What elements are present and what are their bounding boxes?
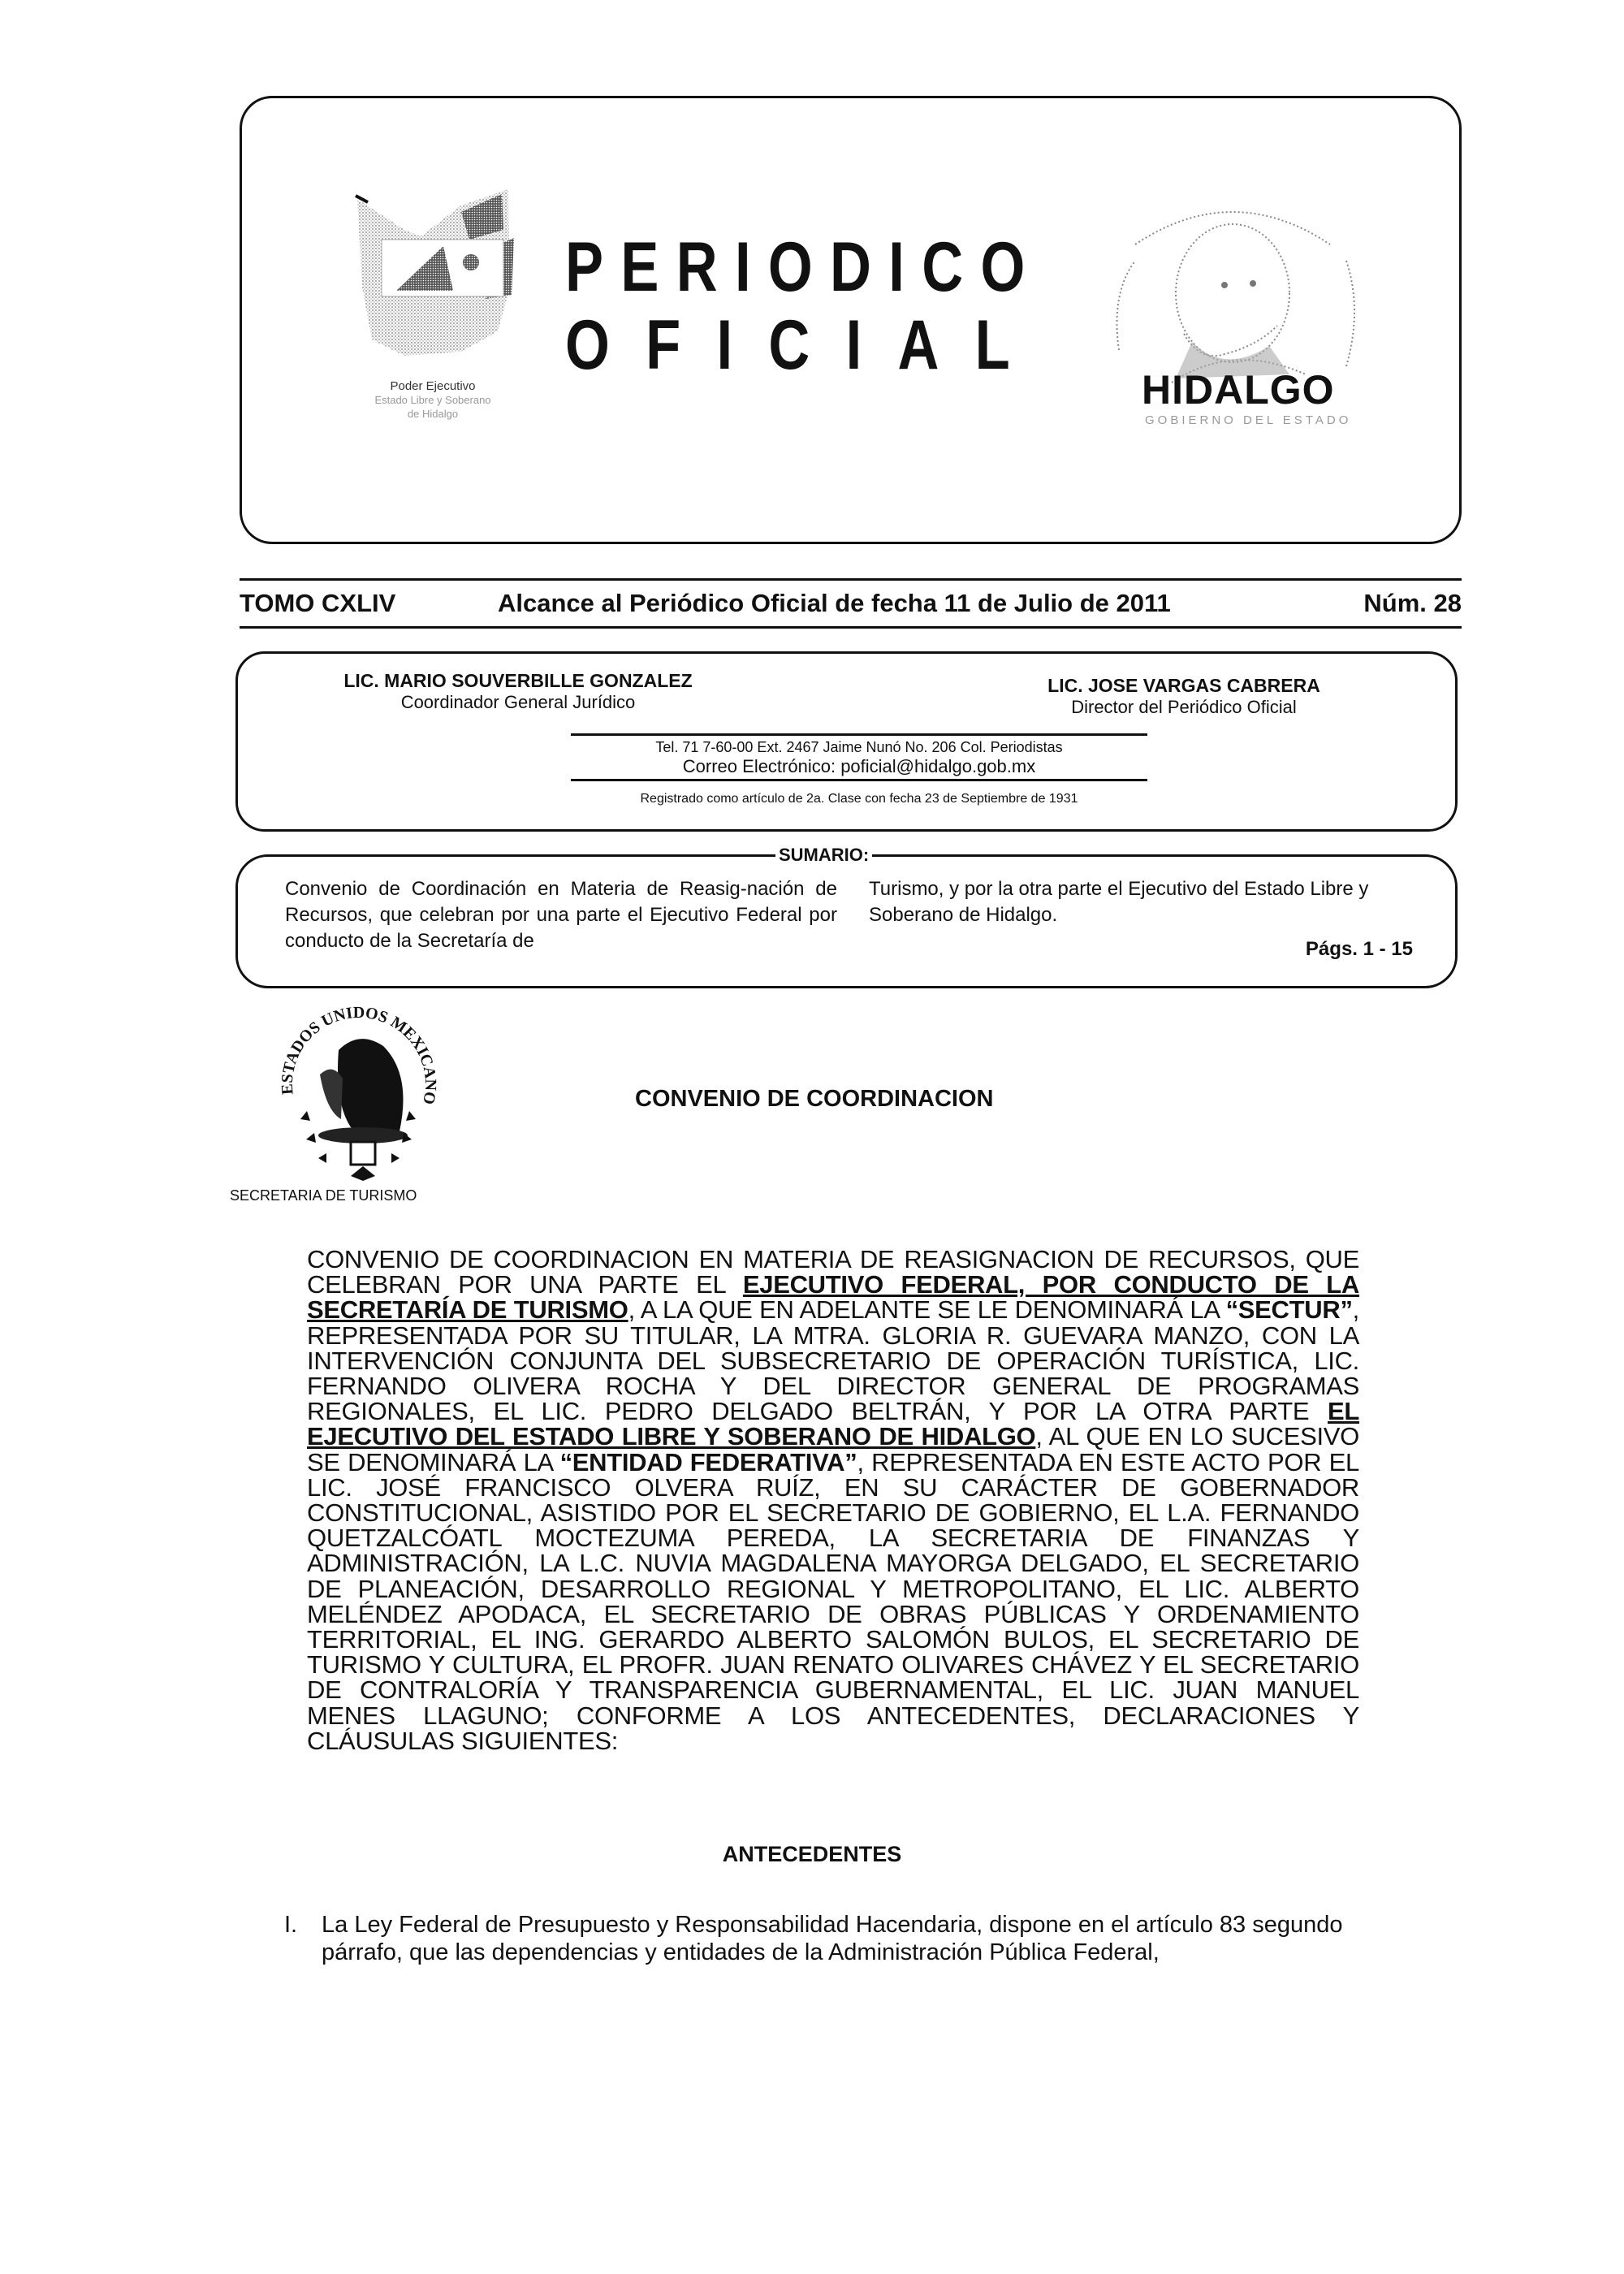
director-name: LIC. JOSE VARGAS CABRERA (993, 675, 1375, 697)
title-line: PERIODICO (565, 228, 1046, 306)
staff-box: LIC. MARIO SOUVERBILLE GONZALEZ Coordina… (235, 651, 1458, 832)
intro-paragraph: CONVENIO DE COORDINACION EN MATERIA DE R… (307, 1247, 1359, 1753)
defined-term: “SECTUR” (1226, 1295, 1353, 1324)
item-marker: I. (284, 1911, 297, 1939)
caption-line: de Hidalgo (315, 407, 551, 421)
shield-caption: Poder Ejecutivo Estado Libre y Soberano … (315, 379, 551, 421)
paragraph-text: , REPRESENTADA EN ESTE ACTO POR EL LIC. … (307, 1448, 1359, 1755)
issue-date-line: Alcance al Periódico Oficial de fecha 11… (498, 589, 1171, 618)
caption-line: Estado Libre y Soberano (315, 393, 551, 407)
paragraph-text: , A LA QUE EN ADELANTE SE LE DENOMINARÁ … (628, 1295, 1226, 1324)
director-role: Director del Periódico Oficial (993, 697, 1375, 718)
contact-block: Tel. 71 7-60-00 Ext. 2467 Jaime Nunó No.… (571, 733, 1147, 781)
title-line: OFICIAL (565, 306, 1046, 384)
section-heading-antecedentes: ANTECEDENTES (0, 1842, 1624, 1867)
issue-number: Núm. 28 (1363, 589, 1462, 618)
sumario-label: SUMARIO: (775, 845, 872, 866)
caption-line: Poder Ejecutivo (315, 379, 551, 393)
coordinator-block: LIC. MARIO SOUVERBILLE GONZALEZ Coordina… (311, 670, 725, 713)
document-heading: CONVENIO DE COORDINACION (635, 1086, 993, 1113)
masthead-frame: Poder Ejecutivo Estado Libre y Soberano … (240, 96, 1462, 544)
sumario-box: Convenio de Coordinación en Materia de R… (235, 854, 1458, 988)
telephone-address: Tel. 71 7-60-00 Ext. 2467 Jaime Nunó No.… (571, 739, 1147, 756)
mexican-coat-of-arms-icon: ESTADOS UNIDOS MEXICANOS (261, 997, 456, 1188)
sumario-column-1: Convenio de Coordinación en Materia de R… (285, 876, 837, 954)
secretaria-label: SECRETARIA DE TURISMO (230, 1187, 417, 1204)
director-block: LIC. JOSE VARGAS CABRERA Director del Pe… (993, 675, 1375, 718)
defined-term: “ENTIDAD FEDERATIVA” (560, 1448, 857, 1476)
coordinator-role: Coordinador General Jurídico (311, 692, 725, 713)
hidalgo-subtitle: GOBIERNO DEL ESTADO (1145, 413, 1351, 427)
antecedente-item: I. La Ley Federal de Presupuesto y Respo… (284, 1911, 1413, 1966)
item-text: La Ley Federal de Presupuesto y Responsa… (322, 1911, 1413, 1966)
email-line: Correo Electrónico: poficial@hidalgo.gob… (571, 756, 1147, 777)
newspaper-title: PERIODICO OFICIAL (565, 228, 1046, 384)
registration-note: Registrado como artículo de 2a. Clase co… (571, 792, 1147, 806)
coordinator-name: LIC. MARIO SOUVERBILLE GONZALEZ (311, 670, 725, 692)
sumario-column-2: Turismo, y por la otra parte el Ejecutiv… (869, 876, 1405, 928)
state-shield-icon (339, 189, 526, 360)
issue-bar: TOMO CXLIV Alcance al Periódico Oficial … (240, 578, 1462, 629)
hidalgo-wordmark: HIDALGO (1142, 366, 1335, 413)
sumario-pages: Págs. 1 - 15 (1306, 938, 1413, 961)
tomo-label: TOMO CXLIV (240, 589, 395, 618)
